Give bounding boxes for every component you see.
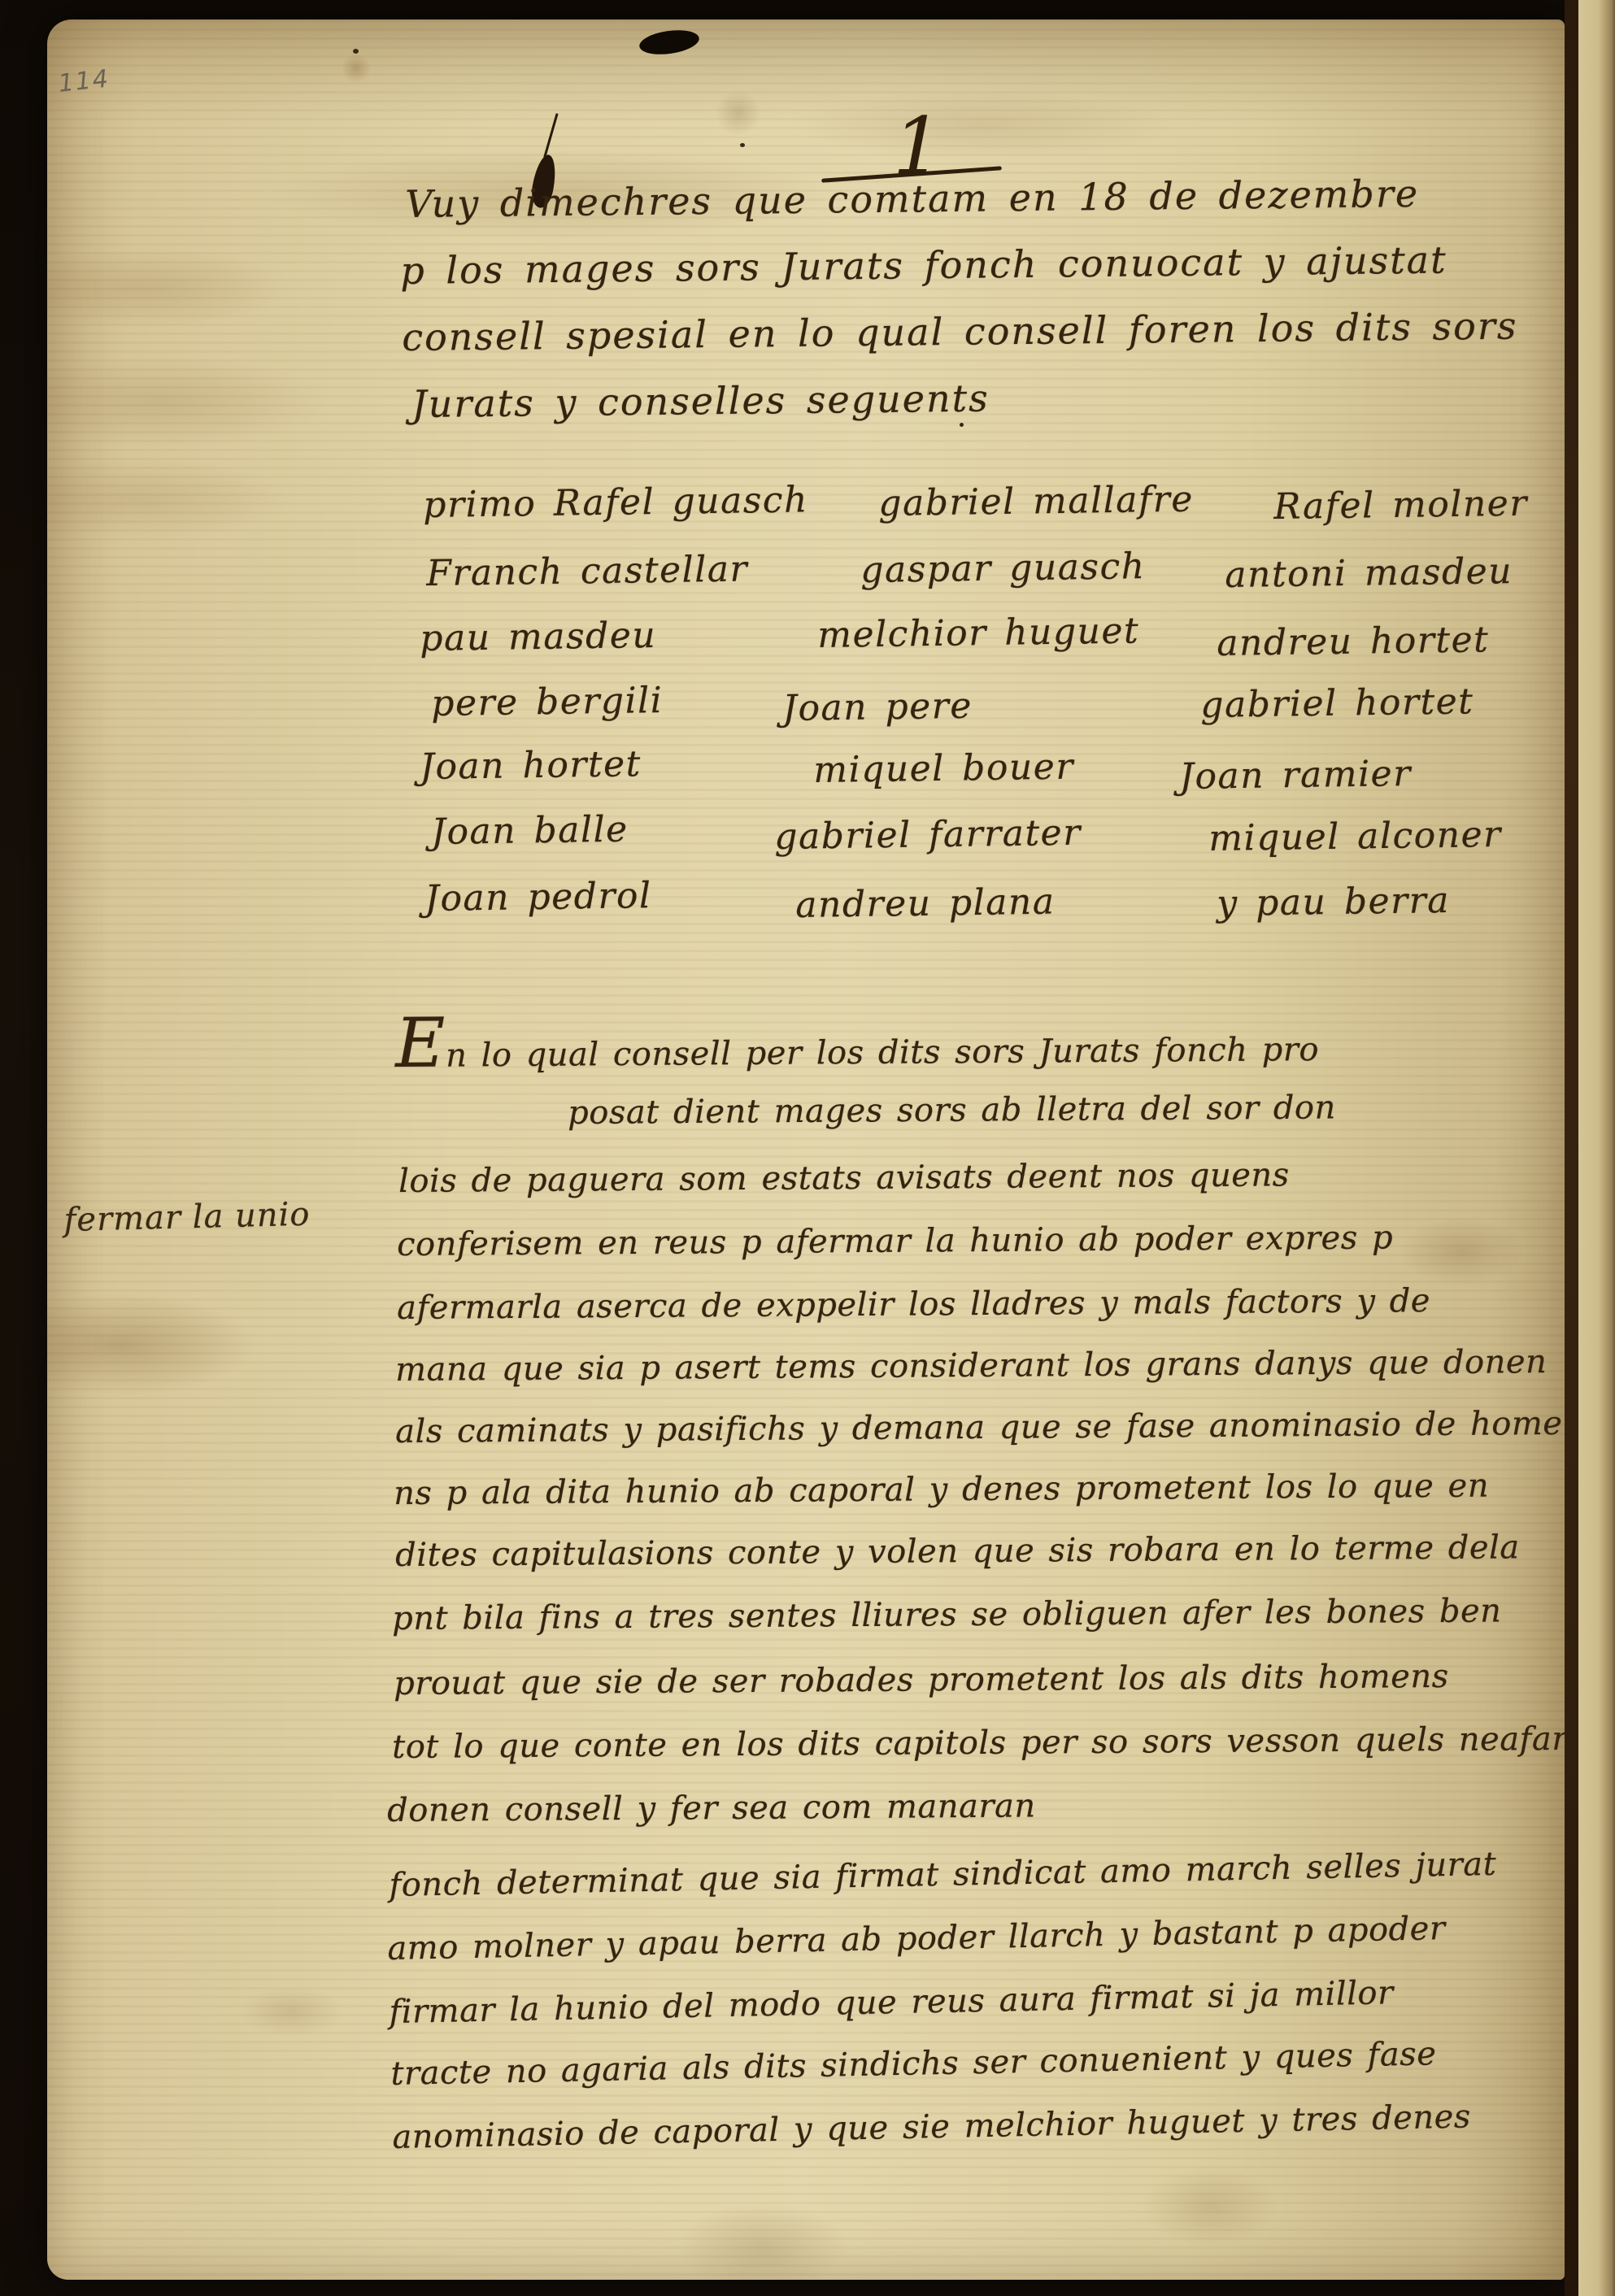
proposal-line: prouat que sie de ser robades prometent … xyxy=(394,1658,1449,1702)
proposal-line: tot lo que conte en los dits capitols pe… xyxy=(392,1720,1568,1766)
manuscript-scan: 114 1 Vuy dimechres que comtam en 18 de … xyxy=(0,0,1615,2296)
attendee-name: Joan balle xyxy=(431,809,629,853)
proposal-line: afermarla aserca de exppelir los lladres… xyxy=(397,1282,1430,1327)
ink-speck xyxy=(353,49,359,54)
attendee-name: melchior huguet xyxy=(817,610,1139,656)
resolution-line: firmar la hunio del modo que reus aura f… xyxy=(389,1974,1394,2031)
intro-line: consell spesial en lo qual consell foren… xyxy=(402,304,1518,359)
attendee-name: Rafel molner xyxy=(1273,483,1528,528)
proposal-line: ns p ala dita hunio ab caporal y denes p… xyxy=(394,1468,1489,1512)
attendee-name: Franch castellar xyxy=(426,548,748,594)
proposal-line: als caminats y pasifichs y demana que se… xyxy=(395,1405,1563,1450)
proposal-line: lois de paguera som estats avisats deent… xyxy=(398,1156,1290,1200)
intro-line: p los mages sors Jurats fonch conuocat y… xyxy=(400,238,1447,293)
attendee-name: gabriel hortet xyxy=(1200,681,1474,726)
intro-line: Vuy dimechres que comtam en 18 de dezemb… xyxy=(405,172,1419,226)
attendee-name: Joan pere xyxy=(782,685,973,729)
resolution-line: tracte no agaria als dits sindichs ser c… xyxy=(390,2035,1437,2093)
proposal-line: En lo qual consell per los dits sors Jur… xyxy=(395,1013,1319,1075)
proposal-line: mana que sia p asert tems considerant lo… xyxy=(395,1343,1547,1389)
attendee-name: andreu plana xyxy=(795,881,1056,926)
folio-number: 114 xyxy=(57,64,111,98)
manuscript-page: 114 1 Vuy dimechres que comtam en 18 de … xyxy=(47,20,1565,2280)
proposal-line: pnt bila fins a tres sentes lliures se o… xyxy=(392,1592,1502,1637)
adjacent-page-edge xyxy=(1578,0,1615,2296)
proposal-line: conferisem en reus p afermar la hunio ab… xyxy=(397,1219,1393,1263)
attendee-name: miquel bouer xyxy=(813,746,1074,791)
attendee-name: gaspar guasch xyxy=(860,546,1146,591)
ink-speck xyxy=(960,423,964,427)
attendee-name: antoni masdeu xyxy=(1225,550,1513,596)
attendee-name: Joan hortet xyxy=(420,743,642,788)
resolution-line: amo molner y apau berra ab poder llarch … xyxy=(387,1910,1446,1968)
proposal-line: donen consell y fer sea com manaran xyxy=(387,1787,1036,1829)
attendee-name: Joan pedrol xyxy=(424,875,652,920)
attendee-name: gabriel farrater xyxy=(774,812,1082,858)
margin-note: fermar la unio xyxy=(63,1196,311,1239)
attendee-name: pau masdeu xyxy=(420,615,656,659)
ink-smudge xyxy=(638,27,700,58)
proposal-line: dites capitulasions conte y volen que si… xyxy=(395,1528,1520,1574)
ink-speck xyxy=(740,143,745,147)
proposal-line: posat dient mages sors ab lletra del sor… xyxy=(568,1089,1336,1132)
intro-line: Jurats y conselles seguents xyxy=(411,376,990,426)
resolution-line: anominasio de caporal y que sie melchior… xyxy=(392,2098,1471,2156)
attendee-name: miquel alconer xyxy=(1208,814,1502,859)
attendee-name: gabriel mallafre xyxy=(878,479,1194,524)
attendee-name: andreu hortet xyxy=(1217,619,1490,664)
attendee-name: y pau berra xyxy=(1217,880,1450,924)
binding-edge xyxy=(1565,0,1578,2296)
attendee-name: pere bergili xyxy=(431,680,664,724)
attendee-name: Joan ramier xyxy=(1179,753,1412,798)
attendee-name: primo Rafel guasch xyxy=(423,479,808,526)
resolution-line: fonch determinat que sia firmat sindicat… xyxy=(389,1846,1497,1904)
